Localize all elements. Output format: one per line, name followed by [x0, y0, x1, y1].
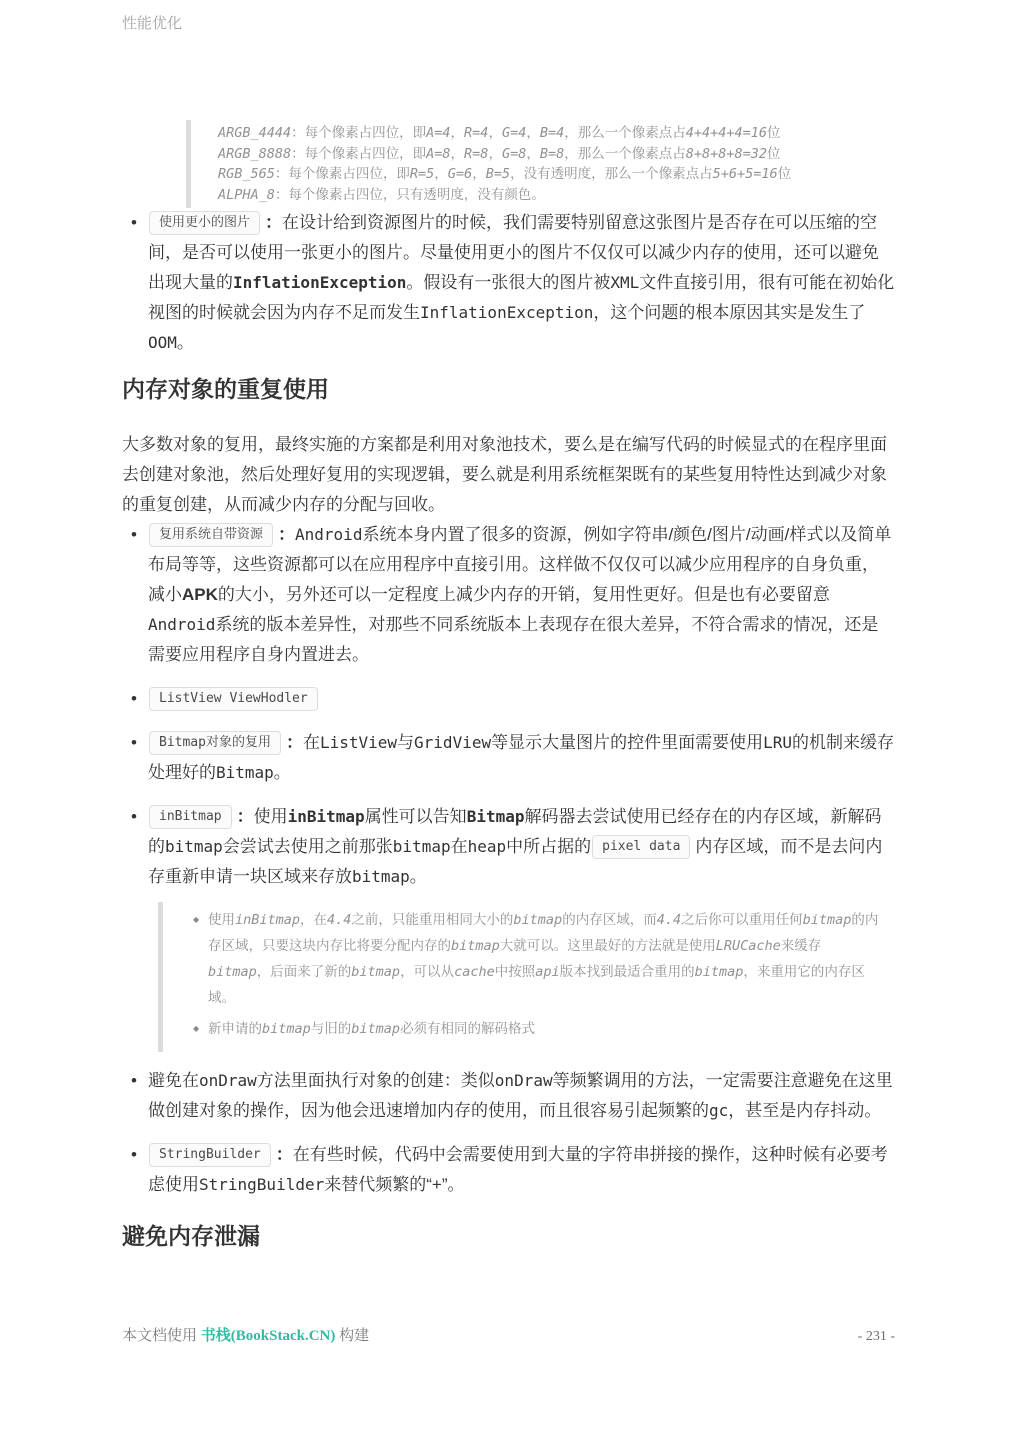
note-item-text: 使用inBitmap，在4.4之前，只能重用相同大小的bitmap的内存区域，而…: [208, 912, 878, 1005]
inline-code: bitmap: [262, 1021, 311, 1037]
text-segment: ，: [434, 166, 448, 181]
page-footer: 本文档使用 书栈(BookStack.CN) 构建 - 231 -: [122, 1324, 895, 1345]
list-item-text: inBitmap：使用inBitmap属性可以告知Bitmap解码器去尝试使用已…: [148, 807, 882, 886]
bold-text: ：: [237, 807, 254, 826]
blockquote-line: ARGB_8888：每个像素占四位，即A=8，R=8，G=8，B=8，那么一个像…: [218, 144, 885, 165]
inline-code: B=8: [540, 146, 564, 162]
list-item-avoid-ondraw-allocation: 避免在onDraw方法里面执行对象的创建：类似onDraw等频繁调用的方法，一定…: [148, 1066, 895, 1126]
bold-text: ：: [286, 733, 303, 752]
footer-build-note: 本文档使用 书栈(BookStack.CN) 构建: [122, 1324, 369, 1345]
section-heading-avoid-memory-leak: 避免内存泄漏: [122, 1220, 895, 1252]
text-segment: 之前，只能重用相同大小的: [351, 912, 513, 927]
inline-code: heap: [468, 837, 507, 856]
bookstack-link[interactable]: 书栈(BookStack.CN): [201, 1328, 336, 1344]
text-segment: 与旧的: [311, 1021, 352, 1036]
text-segment: 避免在: [148, 1071, 199, 1090]
text-segment: ，那么一个像素点占: [564, 125, 686, 140]
footer-text-prefix: 本文档使用: [122, 1328, 201, 1344]
inline-code: bitmap: [451, 938, 500, 954]
inline-code: Android: [295, 525, 362, 544]
inline-code: A=8: [426, 146, 450, 162]
list-item-text: StringBuilder：在有些时候，代码中会需要使用到大量的字符串拼接的操作…: [148, 1145, 888, 1194]
text-segment: ，甚至是内存抖动。: [728, 1101, 881, 1120]
text-segment: 方法里面执行对象的创建：类似: [257, 1071, 495, 1090]
text-segment: 位: [767, 146, 781, 161]
blockquote-line: ARGB_4444：每个像素占四位，即A=4，R=4，G=4，B=4，那么一个像…: [218, 123, 885, 144]
list-item-text: Bitmap对象的复用：在ListView与GridView等显示大量图片的控件…: [148, 733, 894, 782]
text-segment: ，后面来了新的: [257, 964, 352, 979]
text-segment: ：每个像素占四位，即: [291, 125, 426, 140]
page-number: - 231 -: [858, 1329, 895, 1345]
text-segment: ，: [488, 125, 502, 140]
inline-code: R=4: [464, 125, 488, 141]
text-segment: 之后你可以重用任何: [681, 912, 803, 927]
text-segment: 大就可以。这里最好的方法就是使用: [500, 938, 716, 953]
list-item-text: ListView ViewHodler: [148, 689, 323, 708]
inline-code: A=4: [426, 125, 450, 141]
inline-code: StringBuilder: [199, 1175, 324, 1194]
text-segment: ，: [526, 125, 540, 140]
inline-code: gc: [709, 1101, 728, 1120]
text-segment: 。假设有一张很大的图片被: [406, 273, 610, 292]
list-item-listview-viewholder: ListView ViewHodler: [148, 684, 895, 714]
text-segment: ，在: [300, 912, 327, 927]
text-segment: 系统的版本差异性，对那些不同系统版本上表现存在很大差异，不符合需求的情况，还是需…: [148, 615, 878, 664]
inline-code: bitmap: [351, 964, 400, 980]
text-segment: 等显示大量图片的控件里面需要使用: [491, 733, 763, 752]
inline-code: bitmap: [165, 837, 223, 856]
list-item-stringbuilder: StringBuilder：在有些时候，代码中会需要使用到大量的字符串拼接的操作…: [148, 1140, 895, 1200]
inline-code: 4.4: [657, 912, 681, 928]
section-heading-memory-object-reuse: 内存对象的重复使用: [122, 373, 895, 405]
inline-code: R=8: [464, 146, 488, 162]
paragraph-memory-reuse: 大多数对象的复用，最终实施的方案都是利用对象池技术，要么是在编写代码的时候显式的…: [122, 430, 895, 520]
inline-code-tag: 复用系统自带资源: [149, 523, 273, 547]
inline-code: ARGB_8888: [218, 146, 291, 162]
text-segment: 来替代频繁的“+”。: [324, 1175, 464, 1194]
inline-code: onDraw: [495, 1071, 553, 1090]
inline-code: Bitmap: [467, 807, 525, 826]
inline-code: ALPHA_8: [218, 187, 275, 203]
list-item-reuse-system-resources: 复用系统自带资源：Android系统本身内置了很多的资源，例如字符串/颜色/图片…: [148, 520, 895, 670]
bold-text: ：: [278, 525, 295, 544]
inline-code: G=6: [448, 166, 472, 182]
bullet-list-reuse-techniques: 复用系统自带资源：Android系统本身内置了很多的资源，例如字符串/颜色/图片…: [122, 520, 895, 1200]
text-segment: 。: [410, 867, 427, 886]
inline-code: bitmap: [803, 912, 852, 928]
inline-code: RGB_565: [218, 166, 275, 182]
text-segment: ：每个像素占四位，即: [291, 146, 426, 161]
text-segment: 的大小，另外还可以一定程度上减少内存的开销，复用性更好。但是也有必要留意: [218, 585, 830, 604]
bullet-list-smaller-images: 使用更小的图片：在设计给到资源图片的时候，我们需要特别留意这张图片是否存在可以压…: [122, 208, 895, 358]
inline-code: bitmap: [351, 1021, 400, 1037]
inline-code: bitmap: [352, 867, 410, 886]
inline-code-tag: pixel data: [592, 835, 690, 859]
bold-text: APK: [182, 585, 218, 604]
text-segment: 中所占据的: [506, 837, 591, 856]
inline-code: inBitmap: [235, 912, 300, 928]
bold-text: ：: [276, 1145, 293, 1164]
text-segment: 会尝试去使用之前那张: [223, 837, 393, 856]
text-segment: ，那么一个像素点占: [564, 146, 686, 161]
inline-code: B=5: [486, 166, 510, 182]
inline-code: G=8: [502, 146, 526, 162]
inline-code: GridView: [414, 733, 491, 752]
text-segment: ，可以从: [400, 964, 454, 979]
inline-code: LRU: [763, 733, 792, 752]
text-segment: 版本找到最适合重用的: [560, 964, 695, 979]
text-segment: 属性可以告知: [365, 807, 467, 826]
inline-code: Android: [148, 615, 215, 634]
inline-code: inBitmap: [288, 807, 365, 826]
text-segment: 使用: [208, 912, 235, 927]
inline-code: 8+8+8+8=32: [686, 146, 767, 162]
inline-code: 4+4+4+4=16: [686, 125, 767, 141]
text-segment: ：每个像素占四位，即: [275, 166, 410, 181]
list-item-text: 避免在onDraw方法里面执行对象的创建：类似onDraw等频繁调用的方法，一定…: [148, 1071, 893, 1120]
inline-code-tag: StringBuilder: [149, 1143, 271, 1167]
inline-code: bitmap: [513, 912, 562, 928]
inline-code-tag: inBitmap: [149, 805, 232, 829]
text-segment: 的内存区域，而: [562, 912, 657, 927]
text-segment: ，没有透明度，那么一个像素点占: [510, 166, 713, 181]
text-segment: 在: [303, 733, 320, 752]
inline-code: api: [535, 964, 559, 980]
blockquote-line: RGB_565：每个像素占四位，即R=5，G=6，B=5，没有透明度，那么一个像…: [218, 164, 885, 185]
bold-text: ：: [265, 213, 282, 232]
text-segment: ，: [451, 146, 465, 161]
footer-text-suffix: 构建: [335, 1328, 369, 1344]
text-segment: ，这个问题的根本原因其实是发生了: [593, 303, 865, 322]
inline-code: R=5: [410, 166, 434, 182]
inline-code: LRUCache: [716, 938, 781, 954]
inline-code: bitmap: [695, 964, 744, 980]
text-segment: ：每个像素占四位，只有透明度，没有颜色。: [275, 187, 545, 202]
inline-code: B=4: [540, 125, 564, 141]
text-segment: 与: [397, 733, 414, 752]
inline-code: InflationException: [420, 303, 593, 322]
inline-code: 5+6+5=16: [713, 166, 778, 182]
text-segment: 必须有相同的解码格式: [400, 1021, 535, 1036]
inline-code: onDraw: [199, 1071, 257, 1090]
list-item-text: 使用更小的图片：在设计给到资源图片的时候，我们需要特别留意这张图片是否存在可以压…: [148, 213, 894, 352]
text-segment: 使用: [254, 807, 288, 826]
text-segment: ，: [488, 146, 502, 161]
inline-code: bitmap: [393, 837, 451, 856]
pixel-format-blockquote: ARGB_4444：每个像素占四位，即A=4，R=4，G=4，B=4，那么一个像…: [186, 120, 895, 208]
inline-code: OOM: [148, 333, 177, 352]
inline-code: Bitmap: [216, 763, 274, 782]
inbitmap-note-list: 使用inBitmap，在4.4之前，只能重用相同大小的bitmap的内存区域，而…: [163, 907, 883, 1042]
text-segment: ，: [472, 166, 486, 181]
list-item-use-smaller-image: 使用更小的图片：在设计给到资源图片的时候，我们需要特别留意这张图片是否存在可以压…: [148, 208, 895, 358]
inline-code: ARGB_4444: [218, 125, 291, 141]
note-item-text: 新申请的bitmap与旧的bitmap必须有相同的解码格式: [208, 1021, 535, 1036]
inline-code: XML: [610, 273, 639, 292]
inbitmap-note-blockquote: 使用inBitmap，在4.4之前，只能重用相同大小的bitmap的内存区域，而…: [158, 902, 895, 1052]
text-segment: 来缓存: [781, 938, 822, 953]
list-item-bitmap-reuse: Bitmap对象的复用：在ListView与GridView等显示大量图片的控件…: [148, 728, 895, 788]
inline-code: bitmap: [208, 964, 257, 980]
text-segment: 。: [177, 333, 194, 352]
text-segment: 位: [778, 166, 792, 181]
inline-code-tag: Bitmap对象的复用: [149, 731, 281, 755]
inline-code: cache: [454, 964, 495, 980]
note-item: 新申请的bitmap与旧的bitmap必须有相同的解码格式: [208, 1016, 883, 1042]
text-segment: ，: [526, 146, 540, 161]
text-segment: 在: [451, 837, 468, 856]
note-item: 使用inBitmap，在4.4之前，只能重用相同大小的bitmap的内存区域，而…: [208, 907, 883, 1011]
inline-code-tag: ListView ViewHodler: [149, 687, 318, 711]
text-segment: 。: [274, 763, 291, 782]
text-segment: ，: [451, 125, 465, 140]
text-segment: 中按照: [495, 964, 536, 979]
text-segment: 位: [767, 125, 781, 140]
blockquote-line: ALPHA_8：每个像素占四位，只有透明度，没有颜色。: [218, 185, 885, 206]
inline-code-tag: 使用更小的图片: [149, 211, 260, 235]
inline-code: G=4: [502, 125, 526, 141]
inline-code: 4.4: [327, 912, 351, 928]
text-segment: 新申请的: [208, 1021, 262, 1036]
document-page: 性能优化 ARGB_4444：每个像素占四位，即A=4，R=4，G=4，B=4，…: [0, 0, 1019, 1440]
inline-code: ListView: [320, 733, 397, 752]
inline-code: InflationException: [233, 273, 406, 292]
running-header: 性能优化: [122, 14, 895, 34]
list-item-text: 复用系统自带资源：Android系统本身内置了很多的资源，例如字符串/颜色/图片…: [148, 525, 891, 664]
list-item-inbitmap: inBitmap：使用inBitmap属性可以告知Bitmap解码器去尝试使用已…: [148, 802, 895, 1052]
